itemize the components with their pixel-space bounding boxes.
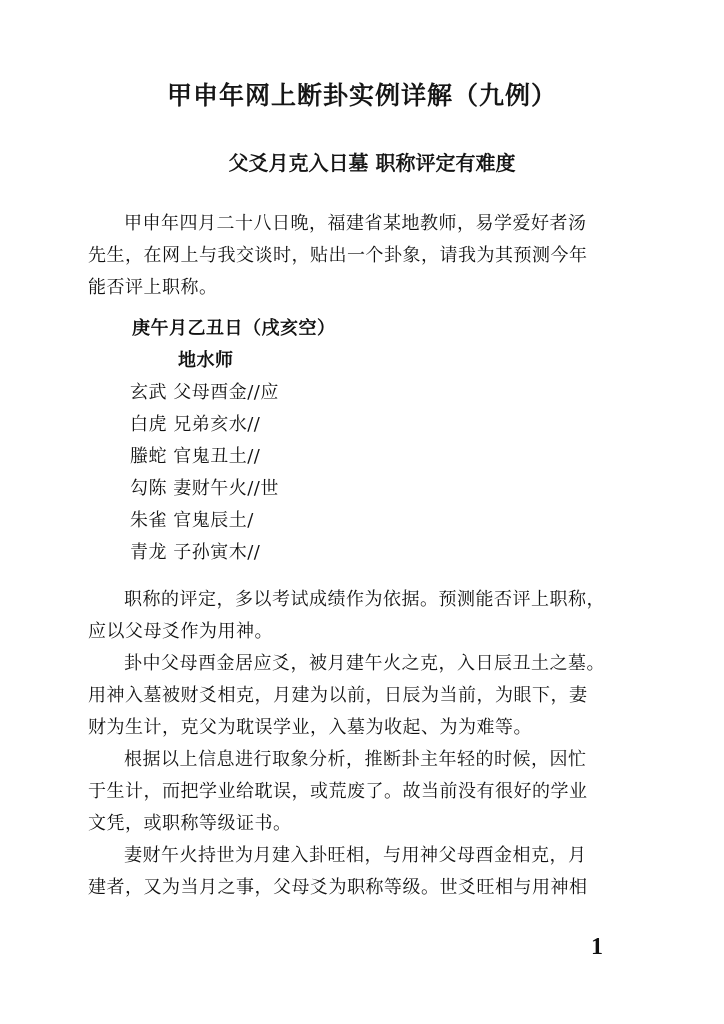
hexagram-line: 玄武 父母酉金//应	[130, 377, 626, 409]
text-line: 根据以上信息进行取象分析，推断卦主年轻的时候，因忙	[88, 744, 626, 776]
text-line: 先生，在网上与我交谈时，贴出一个卦象，请我为其预测今年	[88, 240, 626, 272]
beast-label: 白虎	[130, 414, 167, 435]
beast-label: 朱雀	[130, 510, 167, 531]
text-line: 应以父母爻作为用神。	[88, 616, 626, 648]
section-title: 父爻月克入日墓 职称评定有难度	[0, 147, 724, 176]
hexagram-line: 勾陈 妻财午火//世	[130, 473, 626, 505]
hexagram-line: 朱雀 官鬼辰土/	[130, 505, 626, 537]
text-line: 财为生计，克父为耽误学业，入墓为收起、为为难等。	[88, 712, 626, 744]
hexagram-line: 螣蛇 官鬼丑土//	[130, 441, 626, 473]
hexagram-line: 青龙 子孙寅木//	[130, 537, 626, 569]
hexagram-date: 庚午月乙丑日（戌亥空）	[88, 313, 626, 345]
text-line: 妻财午火持世为月建入卦旺相，与用神父母酉金相克，月	[88, 840, 626, 872]
line-label: 子孙寅木//	[173, 542, 260, 563]
hexagram-block: 庚午月乙丑日（戌亥空） 地水师 玄武 父母酉金//应 白虎 兄弟亥水// 螣蛇 …	[88, 313, 626, 569]
hexagram-line: 白虎 兄弟亥水//	[130, 409, 626, 441]
text-line: 甲申年四月二十八日晚，福建省某地教师，易学爱好者汤	[88, 208, 626, 240]
page-title: 甲申年网上断卦实例详解（九例）	[0, 76, 724, 112]
text-line: 建者，又为当月之事，父母爻为职称等级。世爻旺相与用神相	[88, 872, 626, 904]
line-label: 兄弟亥水//	[173, 414, 260, 435]
line-label: 官鬼丑土//	[173, 446, 260, 467]
text-line: 文凭，或职称等级证书。	[88, 808, 626, 840]
line-label: 妻财午火//世	[173, 478, 279, 499]
page-number: 1	[591, 934, 603, 961]
text-line: 能否评上职称。	[88, 272, 626, 304]
text-line: 用神入墓被财爻相克，月建为以前，日辰为当前，为眼下，妻	[88, 680, 626, 712]
line-label: 官鬼辰土/	[173, 510, 254, 531]
analysis-text: 职称的评定，多以考试成绩作为依据。预测能否评上职称， 应以父母爻作为用神。 卦中…	[88, 584, 626, 904]
beast-label: 玄武	[130, 382, 167, 403]
beast-label: 勾陈	[130, 478, 167, 499]
intro-paragraph: 甲申年四月二十八日晚，福建省某地教师，易学爱好者汤 先生，在网上与我交谈时，贴出…	[88, 208, 626, 304]
hexagram-name: 地水师	[88, 345, 626, 377]
beast-label: 螣蛇	[130, 446, 167, 467]
text-line: 于生计，而把学业给耽误，或荒废了。故当前没有很好的学业	[88, 776, 626, 808]
text-line: 职称的评定，多以考试成绩作为依据。预测能否评上职称，	[88, 584, 626, 616]
beast-label: 青龙	[130, 542, 167, 563]
line-label: 父母酉金//应	[173, 382, 279, 403]
text-line: 卦中父母酉金居应爻，被月建午火之克，入日辰丑土之墓。	[88, 648, 626, 680]
